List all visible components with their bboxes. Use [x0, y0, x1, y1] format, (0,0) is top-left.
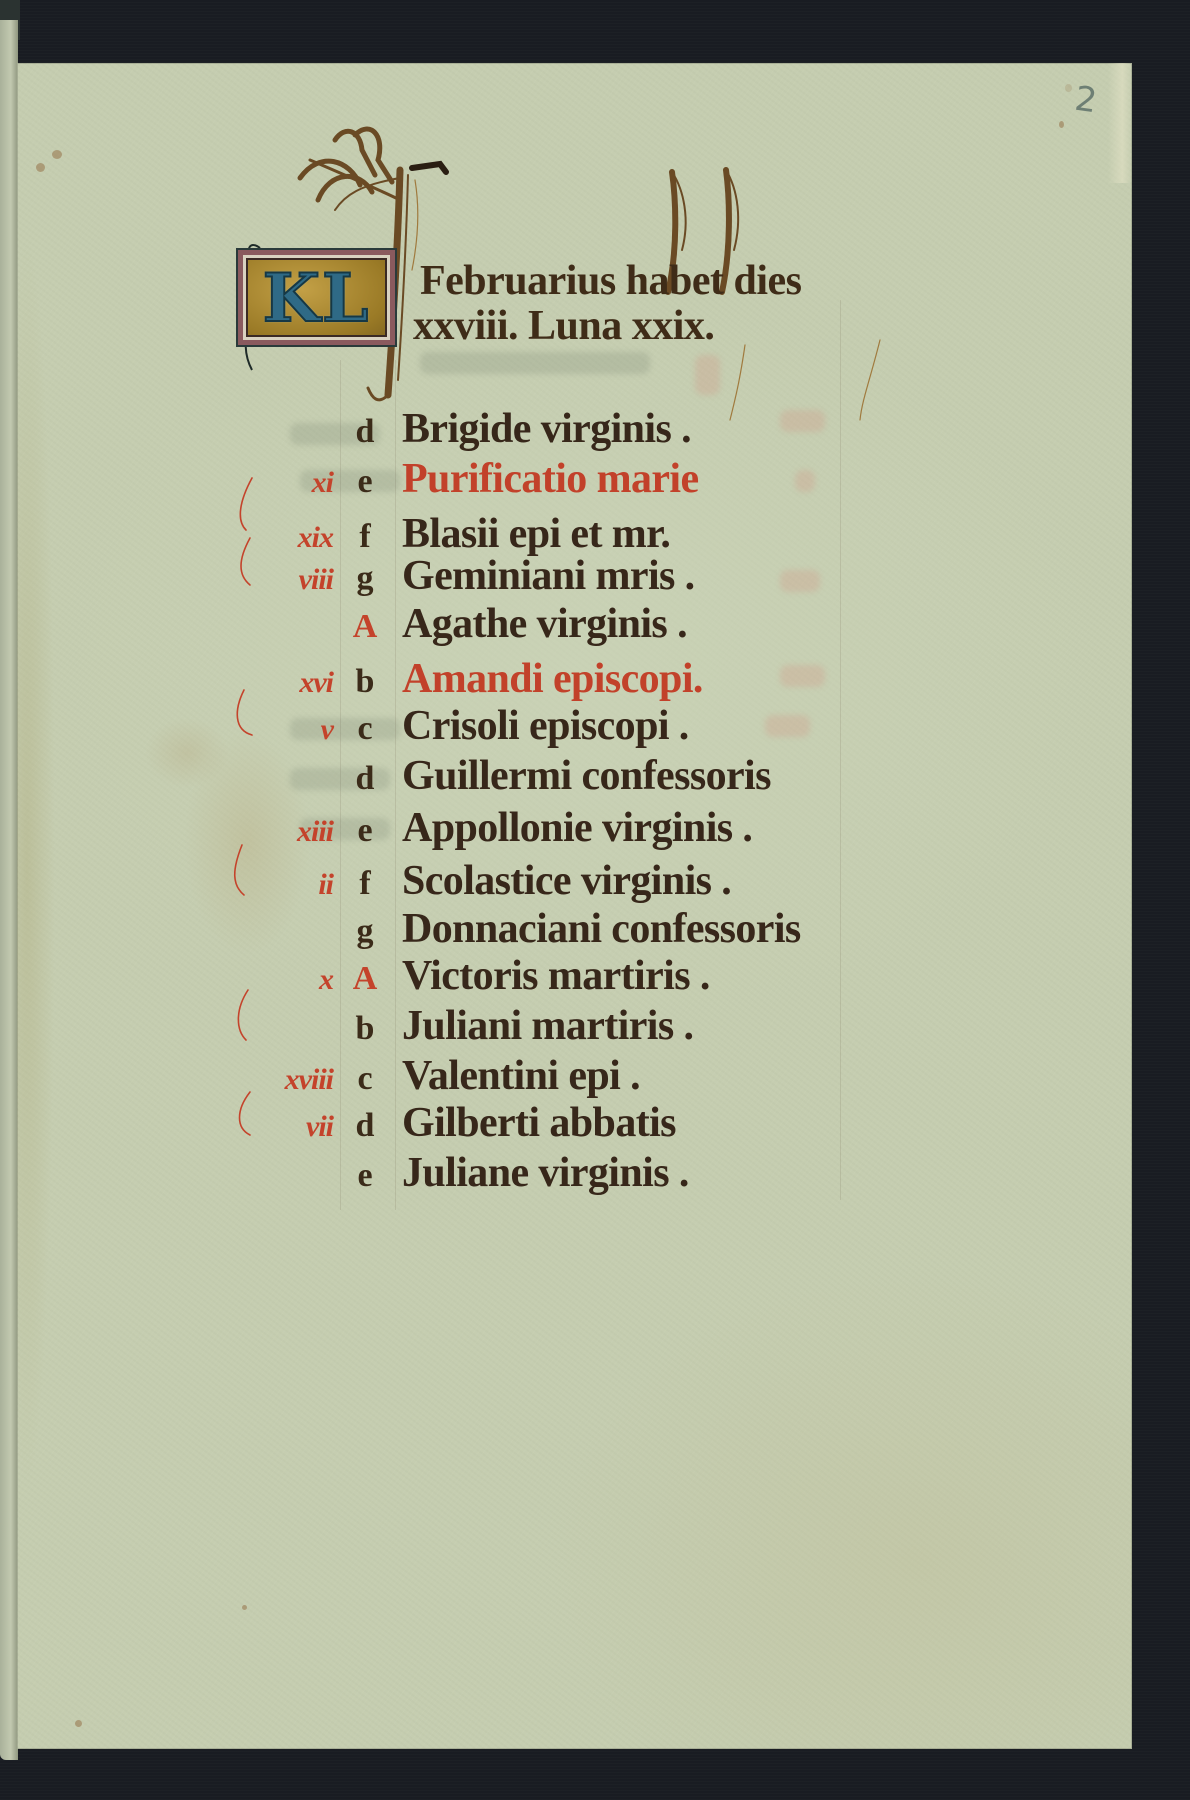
golden-number: viii	[230, 563, 333, 597]
dominical-letter: d	[340, 1107, 390, 1145]
dominical-letter: f	[340, 865, 390, 903]
calendar-row: viii g Geminiani mris .	[230, 555, 695, 597]
calendar-row: A Agathe virginis .	[230, 603, 687, 645]
calendar-row: g Donnaciani confessoris	[230, 908, 801, 950]
saint-feast: Agathe virginis .	[402, 603, 687, 645]
saint-feast: Crisoli episcopi .	[402, 705, 689, 747]
month-heading-line-2: xxviii. Luna xxix.	[413, 305, 714, 347]
calendar-row: x A Victoris martiris .	[230, 955, 710, 997]
dominical-letter: b	[340, 663, 390, 701]
golden-number: x	[230, 963, 333, 997]
saint-feast: Valentini epi .	[402, 1055, 640, 1097]
saint-feast: Purificatio marie	[402, 458, 699, 500]
dominical-letter: g	[340, 560, 390, 598]
calendar-row: d Guillermi confessoris	[230, 755, 771, 797]
saint-feast: Guillermi confessoris	[402, 755, 771, 797]
golden-number: xviii	[230, 1063, 333, 1097]
dominical-letter: d	[340, 413, 390, 451]
dominical-letter: c	[340, 710, 390, 748]
golden-number: vii	[230, 1110, 333, 1144]
dominical-letter: f	[340, 518, 390, 556]
dominical-letter: c	[340, 1060, 390, 1098]
saint-feast: Geminiani mris .	[402, 555, 695, 597]
saint-feast: Donnaciani confessoris	[402, 908, 801, 950]
saint-feast: Juliane virginis .	[402, 1152, 689, 1194]
saint-feast: Juliani martiris .	[402, 1005, 693, 1047]
golden-number: xix	[230, 521, 333, 555]
dominical-letter: d	[340, 760, 390, 798]
golden-number: xiii	[230, 815, 333, 849]
saint-feast: Blasii epi et mr.	[402, 513, 670, 555]
golden-number: xvi	[230, 666, 333, 700]
saint-feast: Gilberti abbatis	[402, 1102, 676, 1144]
month-heading-line-1: Februarius habet dies	[420, 260, 802, 302]
dominical-letter: A	[340, 960, 390, 998]
calendar-row: xviii c Valentini epi .	[230, 1055, 640, 1097]
calendar-row: xiii e Appollonie virginis .	[230, 807, 752, 849]
golden-number: v	[230, 713, 333, 747]
dominical-letter: e	[340, 463, 390, 501]
dominical-letter: b	[340, 1010, 390, 1048]
calendar-row: e Juliane virginis .	[230, 1152, 689, 1194]
saint-feast: Amandi episcopi.	[402, 658, 703, 700]
golden-number: xi	[230, 466, 333, 500]
initial-letters: KL	[263, 265, 371, 331]
calendar-row: v c Crisoli episcopi .	[230, 705, 689, 747]
calendar-row: xix f Blasii epi et mr.	[230, 513, 670, 555]
saint-feast: Victoris martiris .	[402, 955, 710, 997]
dominical-letter: g	[340, 913, 390, 951]
calendar-row: b Juliani martiris .	[230, 1005, 693, 1047]
dominical-letter: A	[340, 608, 390, 646]
calendar-row: ii f Scolastice virginis .	[230, 860, 731, 902]
calendar-row: d Brigide virginis .	[230, 408, 691, 450]
kl-initial-illuminated: KL	[238, 250, 395, 345]
dominical-letter: e	[340, 812, 390, 850]
calendar-row: xvi b Amandi episcopi.	[230, 658, 703, 700]
saint-feast: Scolastice virginis .	[402, 860, 731, 902]
saint-feast: Appollonie virginis .	[402, 807, 752, 849]
saint-feast: Brigide virginis .	[402, 408, 691, 450]
calendar-row: vii d Gilberti abbatis	[230, 1102, 676, 1144]
calendar-row: xi e Purificatio marie	[230, 458, 699, 500]
golden-number: ii	[230, 868, 333, 902]
dominical-letter: e	[340, 1157, 390, 1195]
